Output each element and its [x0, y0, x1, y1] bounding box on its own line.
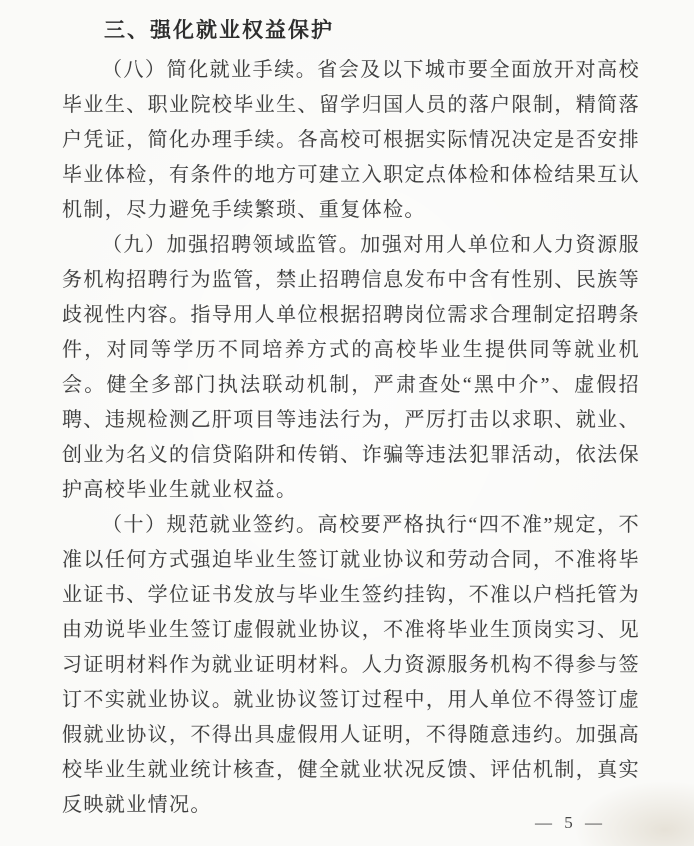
- paragraph-9-strengthen-recruitment-supervision: （九）加强招聘领域监管。加强对用人单位和人力资源服务机构招聘行为监管，禁止招聘信…: [62, 228, 640, 508]
- page-number: — 5 —: [535, 813, 606, 833]
- paragraph-10-standardize-employment-contracts: （十）规范就业签约。高校要严格执行“四不准”规定，不准以任何方式强迫毕业生签订就…: [62, 508, 640, 823]
- document-page: 三、强化就业权益保护 （八）简化就业手续。省会及以下城市要全面放开对高校毕业生、…: [0, 0, 694, 846]
- section-heading: 三、强化就业权益保护: [62, 13, 640, 48]
- paragraph-8-simplify-employment-procedures: （八）简化就业手续。省会及以下城市要全面放开对高校毕业生、职业院校毕业生、留学归…: [62, 53, 640, 228]
